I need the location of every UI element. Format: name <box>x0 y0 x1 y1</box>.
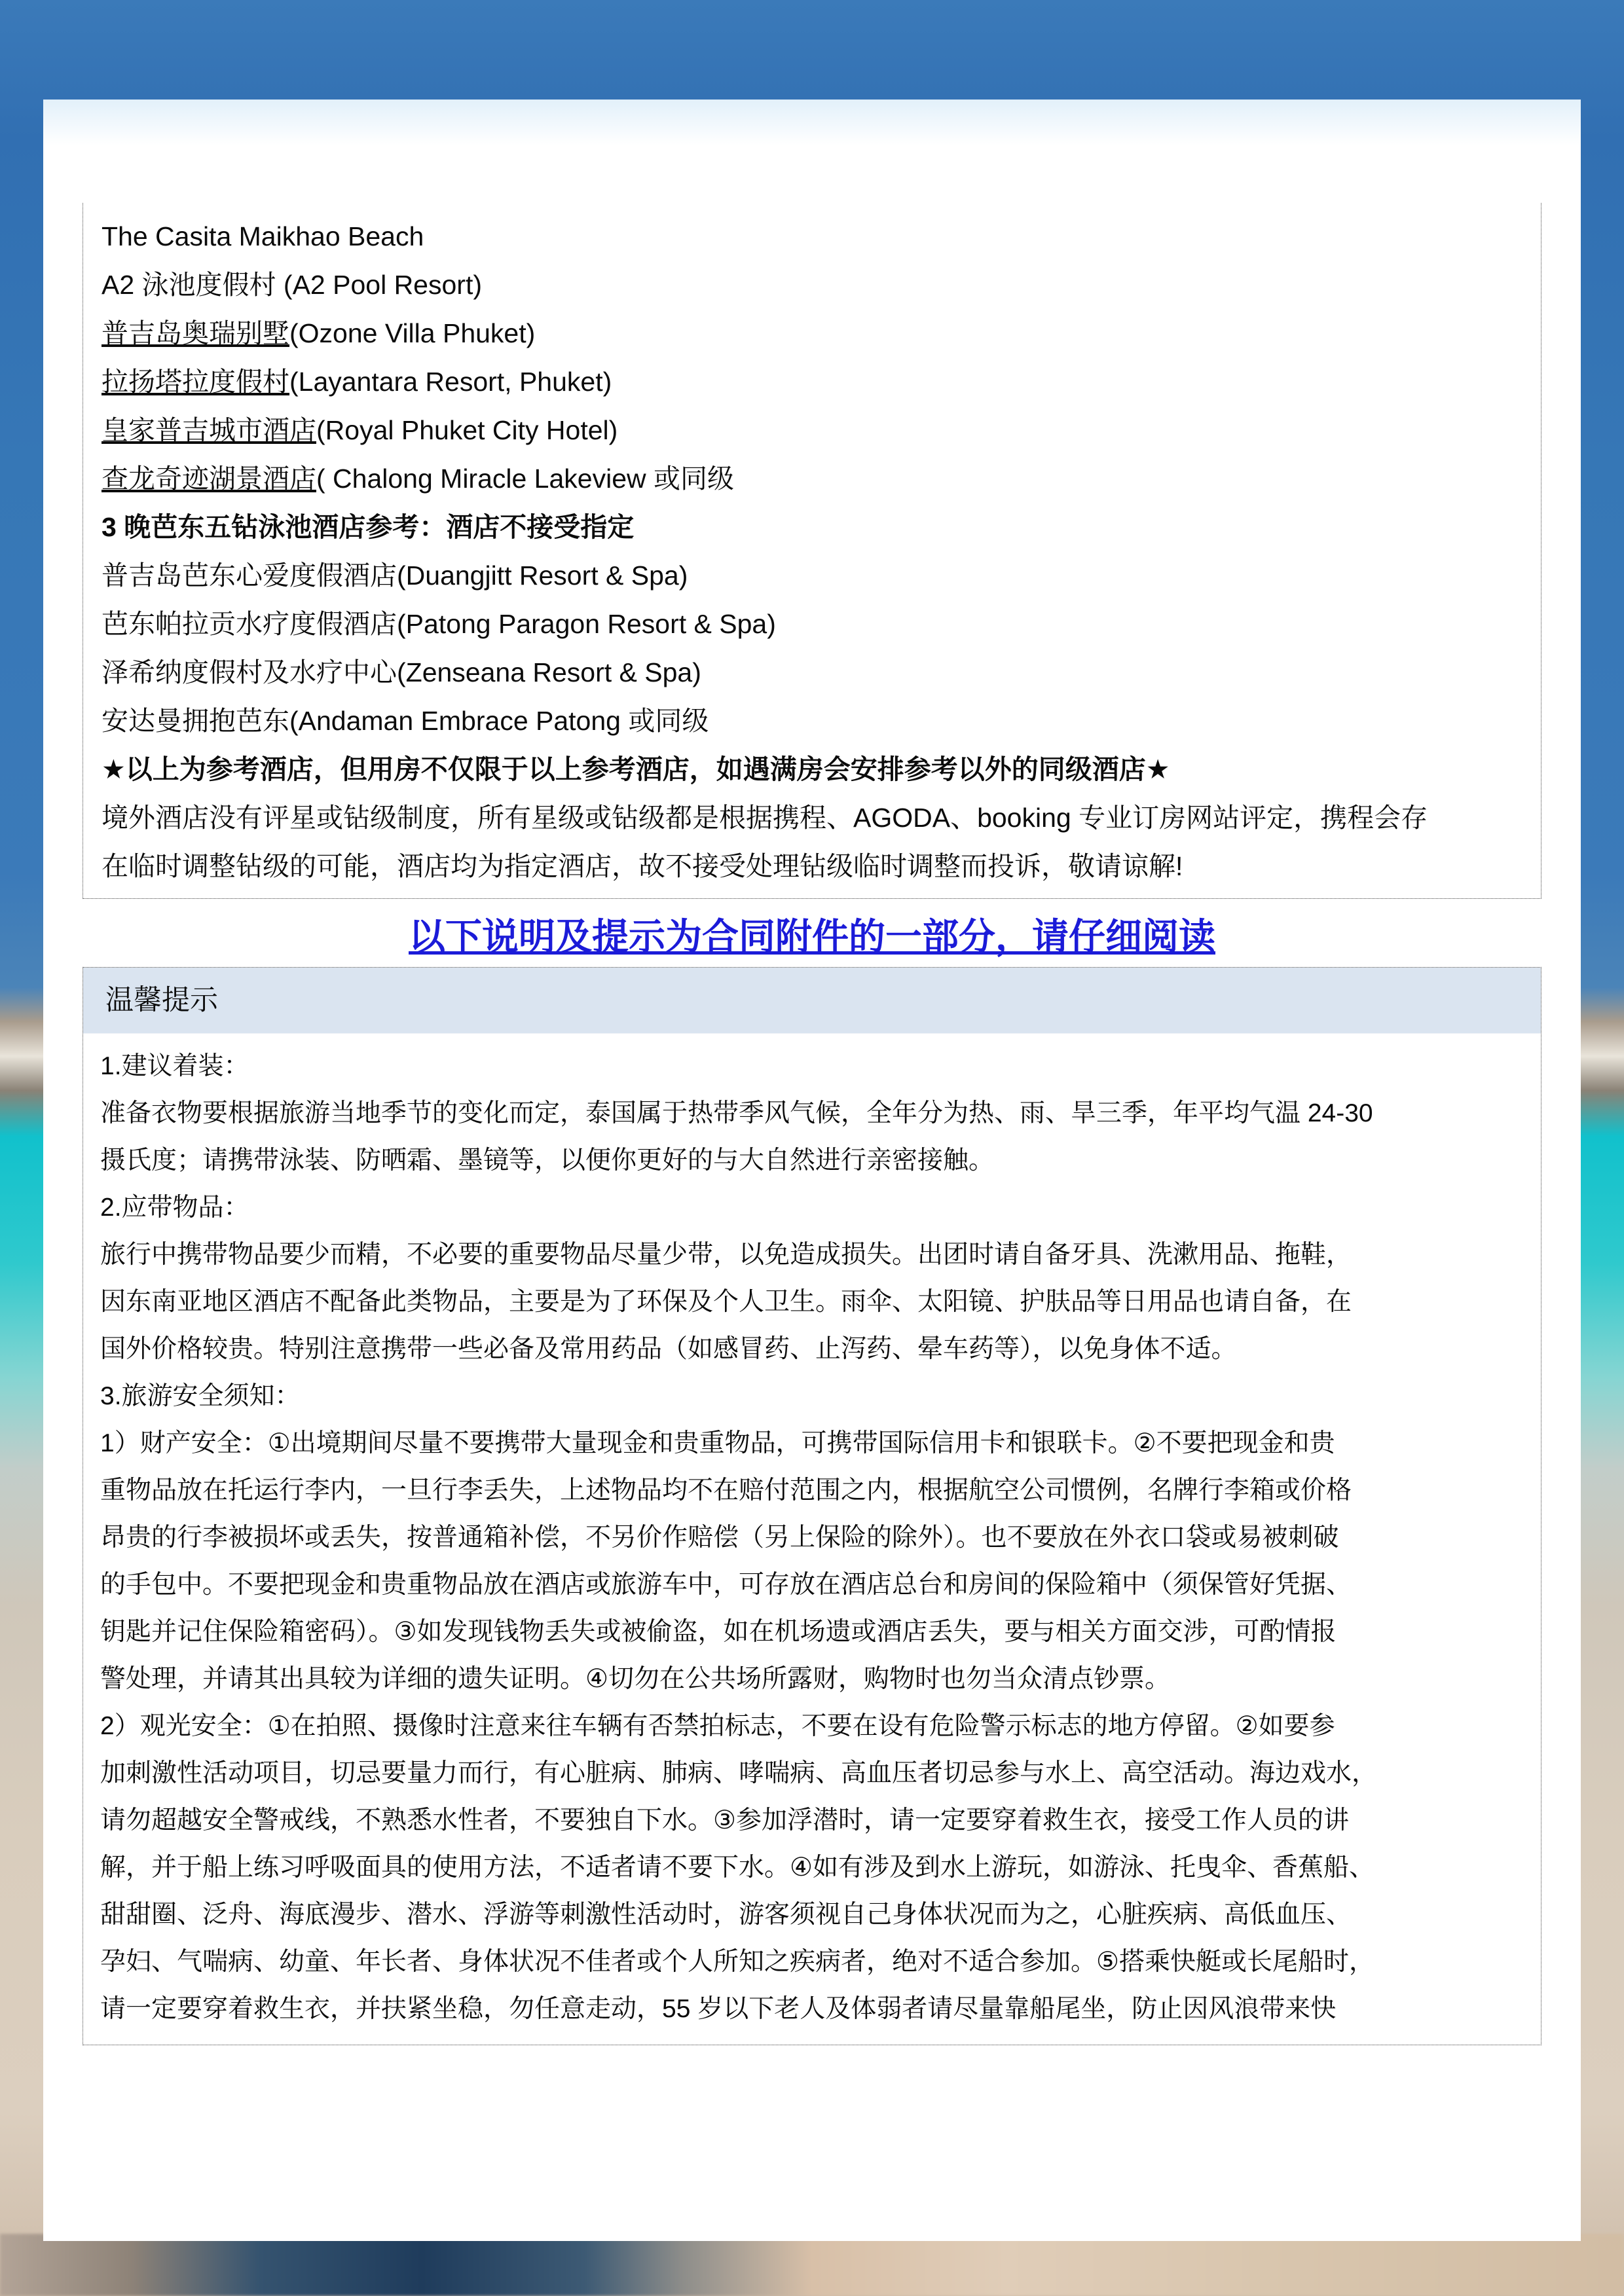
hotel-name-underlined: 皇家普吉城市酒店 <box>101 415 316 445</box>
hotel-list-line: 在临时调整钻级的可能，酒店均为指定酒店，故不接受处理钻级临时调整而投诉，敬请谅解… <box>101 842 1522 890</box>
hotel-line-text: 芭东帕拉贡水疗度假酒店(Patong Paragon Resort & Spa) <box>101 609 776 639</box>
hotel-name-underlined: 拉扬塔拉度假村 <box>101 367 289 397</box>
tips-line: 3.旅游安全须知： <box>100 1373 1524 1420</box>
hotel-list-line: 拉扬塔拉度假村(Layantara Resort, Phuket) <box>101 357 1522 406</box>
hotel-line-text: The Casita Maikhao Beach <box>101 221 424 251</box>
hotel-line-text: 3 晚芭东五钻泳池酒店参考：酒店不接受指定 <box>101 512 634 542</box>
hotel-line-text: ( Chalong Miracle Lakeview 或同级 <box>316 464 734 494</box>
hotel-line-text: A2 泳池度假村 (A2 Pool Resort) <box>101 270 482 300</box>
tips-box: 温馨提示 1.建议着装：准备衣物要根据旅游当地季节的变化而定，泰国属于热带季风气… <box>83 967 1541 2045</box>
tips-line: 摄氏度；请携带泳装、防晒霜、墨镜等，以便你更好的与大自然进行亲密接触。 <box>100 1137 1524 1184</box>
hotel-list-line: 芭东帕拉贡水疗度假酒店(Patong Paragon Resort & Spa) <box>101 600 1522 648</box>
hotel-line-text: 泽希纳度假村及水疗中心(Zenseana Resort & Spa) <box>101 657 701 687</box>
hotel-line-text: 境外酒店没有评星或钻级制度，所有星级或钻级都是根据携程、AGODA、bookin… <box>101 803 1428 833</box>
beach-shore-strip <box>0 2234 1624 2296</box>
hotel-line-text: 普吉岛芭东心爱度假酒店(Duangjitt Resort & Spa) <box>101 560 688 591</box>
hotel-list-line: 普吉岛芭东心爱度假酒店(Duangjitt Resort & Spa) <box>101 551 1522 600</box>
tips-line: 警处理，并请其出具较为详细的遗失证明。④切勿在公共场所露财，购物时也勿当众清点钞… <box>100 1656 1524 1703</box>
tips-line: 解，并于船上练习呼吸面具的使用方法，不适者请不要下水。④如有涉及到水上游玩，如游… <box>100 1844 1524 1891</box>
tips-line: 甜甜圈、泛舟、海底漫步、潜水、浮游等刺激性活动时，游客须视自己身体状况而为之，心… <box>100 1891 1524 1939</box>
document-page: The Casita Maikhao BeachA2 泳池度假村 (A2 Poo… <box>43 100 1581 2241</box>
hotel-line-text: (Layantara Resort, Phuket) <box>289 367 612 397</box>
hotel-list-line: 查龙奇迹湖景酒店( Chalong Miracle Lakeview 或同级 <box>101 454 1522 503</box>
hotel-list-line: 安达曼拥抱芭东(Andaman Embrace Patong 或同级 <box>101 697 1522 745</box>
hotel-list-line: The Casita Maikhao Beach <box>101 212 1522 261</box>
tips-line: 请一定要穿着救生衣，并扶紧坐稳，勿任意走动，55 岁以下老人及体弱者请尽量靠船尾… <box>100 1986 1524 2033</box>
tips-line: 的手包中。不要把现金和贵重物品放在酒店或旅游车中，可存放在酒店总台和房间的保险箱… <box>100 1561 1524 1609</box>
tips-line: 2）观光安全：①在拍照、摄像时注意来往车辆有否禁拍标志，不要在设有危险警示标志的… <box>100 1703 1524 1750</box>
hotel-list-line: 泽希纳度假村及水疗中心(Zenseana Resort & Spa) <box>101 648 1522 697</box>
tips-line: 因东南亚地区酒店不配备此类物品，主要是为了环保及个人卫生。雨伞、太阳镜、护肤品等… <box>100 1279 1524 1326</box>
hotel-list-box: The Casita Maikhao BeachA2 泳池度假村 (A2 Poo… <box>83 203 1541 899</box>
contract-attachment-title: 以下说明及提示为合同附件的一部分，请仔细阅读 <box>43 908 1581 960</box>
hotel-list-line: 普吉岛奥瑞别墅(Ozone Villa Phuket) <box>101 309 1522 357</box>
hotel-list-line: 皇家普吉城市酒店(Royal Phuket City Hotel) <box>101 406 1522 454</box>
tips-box-body: 1.建议着装：准备衣物要根据旅游当地季节的变化而定，泰国属于热带季风气候，全年分… <box>83 1034 1541 2045</box>
tips-line: 1）财产安全：①出境期间尽量不要携带大量现金和贵重物品，可携带国际信用卡和银联卡… <box>100 1420 1524 1467</box>
tips-line: 1.建议着装： <box>100 1043 1524 1090</box>
travel-itinerary-page: { "hotel_box": { "lines": [ {"text": "Th… <box>0 0 1624 2296</box>
tips-line: 加刺激性活动项目，切忌要量力而行，有心脏病、肺病、哮喘病、高血压者切忌参与水上、… <box>100 1750 1524 1797</box>
hotel-list-line: 境外酒店没有评星或钻级制度，所有星级或钻级都是根据携程、AGODA、bookin… <box>101 793 1522 842</box>
hotel-name-underlined: 普吉岛奥瑞别墅 <box>101 318 289 348</box>
hotel-line-text: (Royal Phuket City Hotel) <box>316 415 618 445</box>
tips-line: 2.应带物品： <box>100 1184 1524 1231</box>
hotel-line-text: 在临时调整钻级的可能，酒店均为指定酒店，故不接受处理钻级临时调整而投诉，敬请谅解… <box>101 851 1183 881</box>
tips-line: 孕妇、气喘病、幼童、年长者、身体状况不佳者或个人所知之疾病者，绝对不适合参加。⑤… <box>100 1939 1524 1986</box>
tips-line: 请勿超越安全警戒线，不熟悉水性者，不要独自下水。③参加浮潜时，请一定要穿着救生衣… <box>100 1797 1524 1844</box>
hotel-name-underlined: 查龙奇迹湖景酒店 <box>101 464 316 494</box>
tips-line: 旅行中携带物品要少而精，不必要的重要物品尽量少带，以免造成损失。出团时请自备牙具… <box>100 1231 1524 1279</box>
hotel-list-line: A2 泳池度假村 (A2 Pool Resort) <box>101 261 1522 309</box>
tips-line: 重物品放在托运行李内，一旦行李丢失，上述物品均不在赔付范围之内，根据航空公司惯例… <box>100 1467 1524 1514</box>
tips-line: 准备衣物要根据旅游当地季节的变化而定，泰国属于热带季风气候，全年分为热、雨、旱三… <box>100 1090 1524 1137</box>
hotel-list-line: ★以上为参考酒店，但用房不仅限于以上参考酒店，如遇满房会安排参考以外的同级酒店★ <box>101 745 1522 793</box>
tips-line: 钥匙并记住保险箱密码）。③如发现钱物丢失或被偷盗，如在机场遗或酒店丢失，要与相关… <box>100 1609 1524 1656</box>
hotel-line-text: ★以上为参考酒店，但用房不仅限于以上参考酒店，如遇满房会安排参考以外的同级酒店★ <box>101 754 1170 784</box>
tips-line: 昂贵的行李被损坏或丢失，按普通箱补偿，不另价作赔偿（另上保险的除外）。也不要放在… <box>100 1514 1524 1561</box>
hotel-list-line: 3 晚芭东五钻泳池酒店参考：酒店不接受指定 <box>101 503 1522 551</box>
tips-line: 国外价格较贵。特别注意携带一些必备及常用药品（如感冒药、止泻药、晕车药等），以免… <box>100 1326 1524 1373</box>
hotel-line-text: (Ozone Villa Phuket) <box>289 318 535 348</box>
hotel-line-text: 安达曼拥抱芭东(Andaman Embrace Patong 或同级 <box>101 706 709 736</box>
tips-box-header: 温馨提示 <box>83 968 1541 1034</box>
